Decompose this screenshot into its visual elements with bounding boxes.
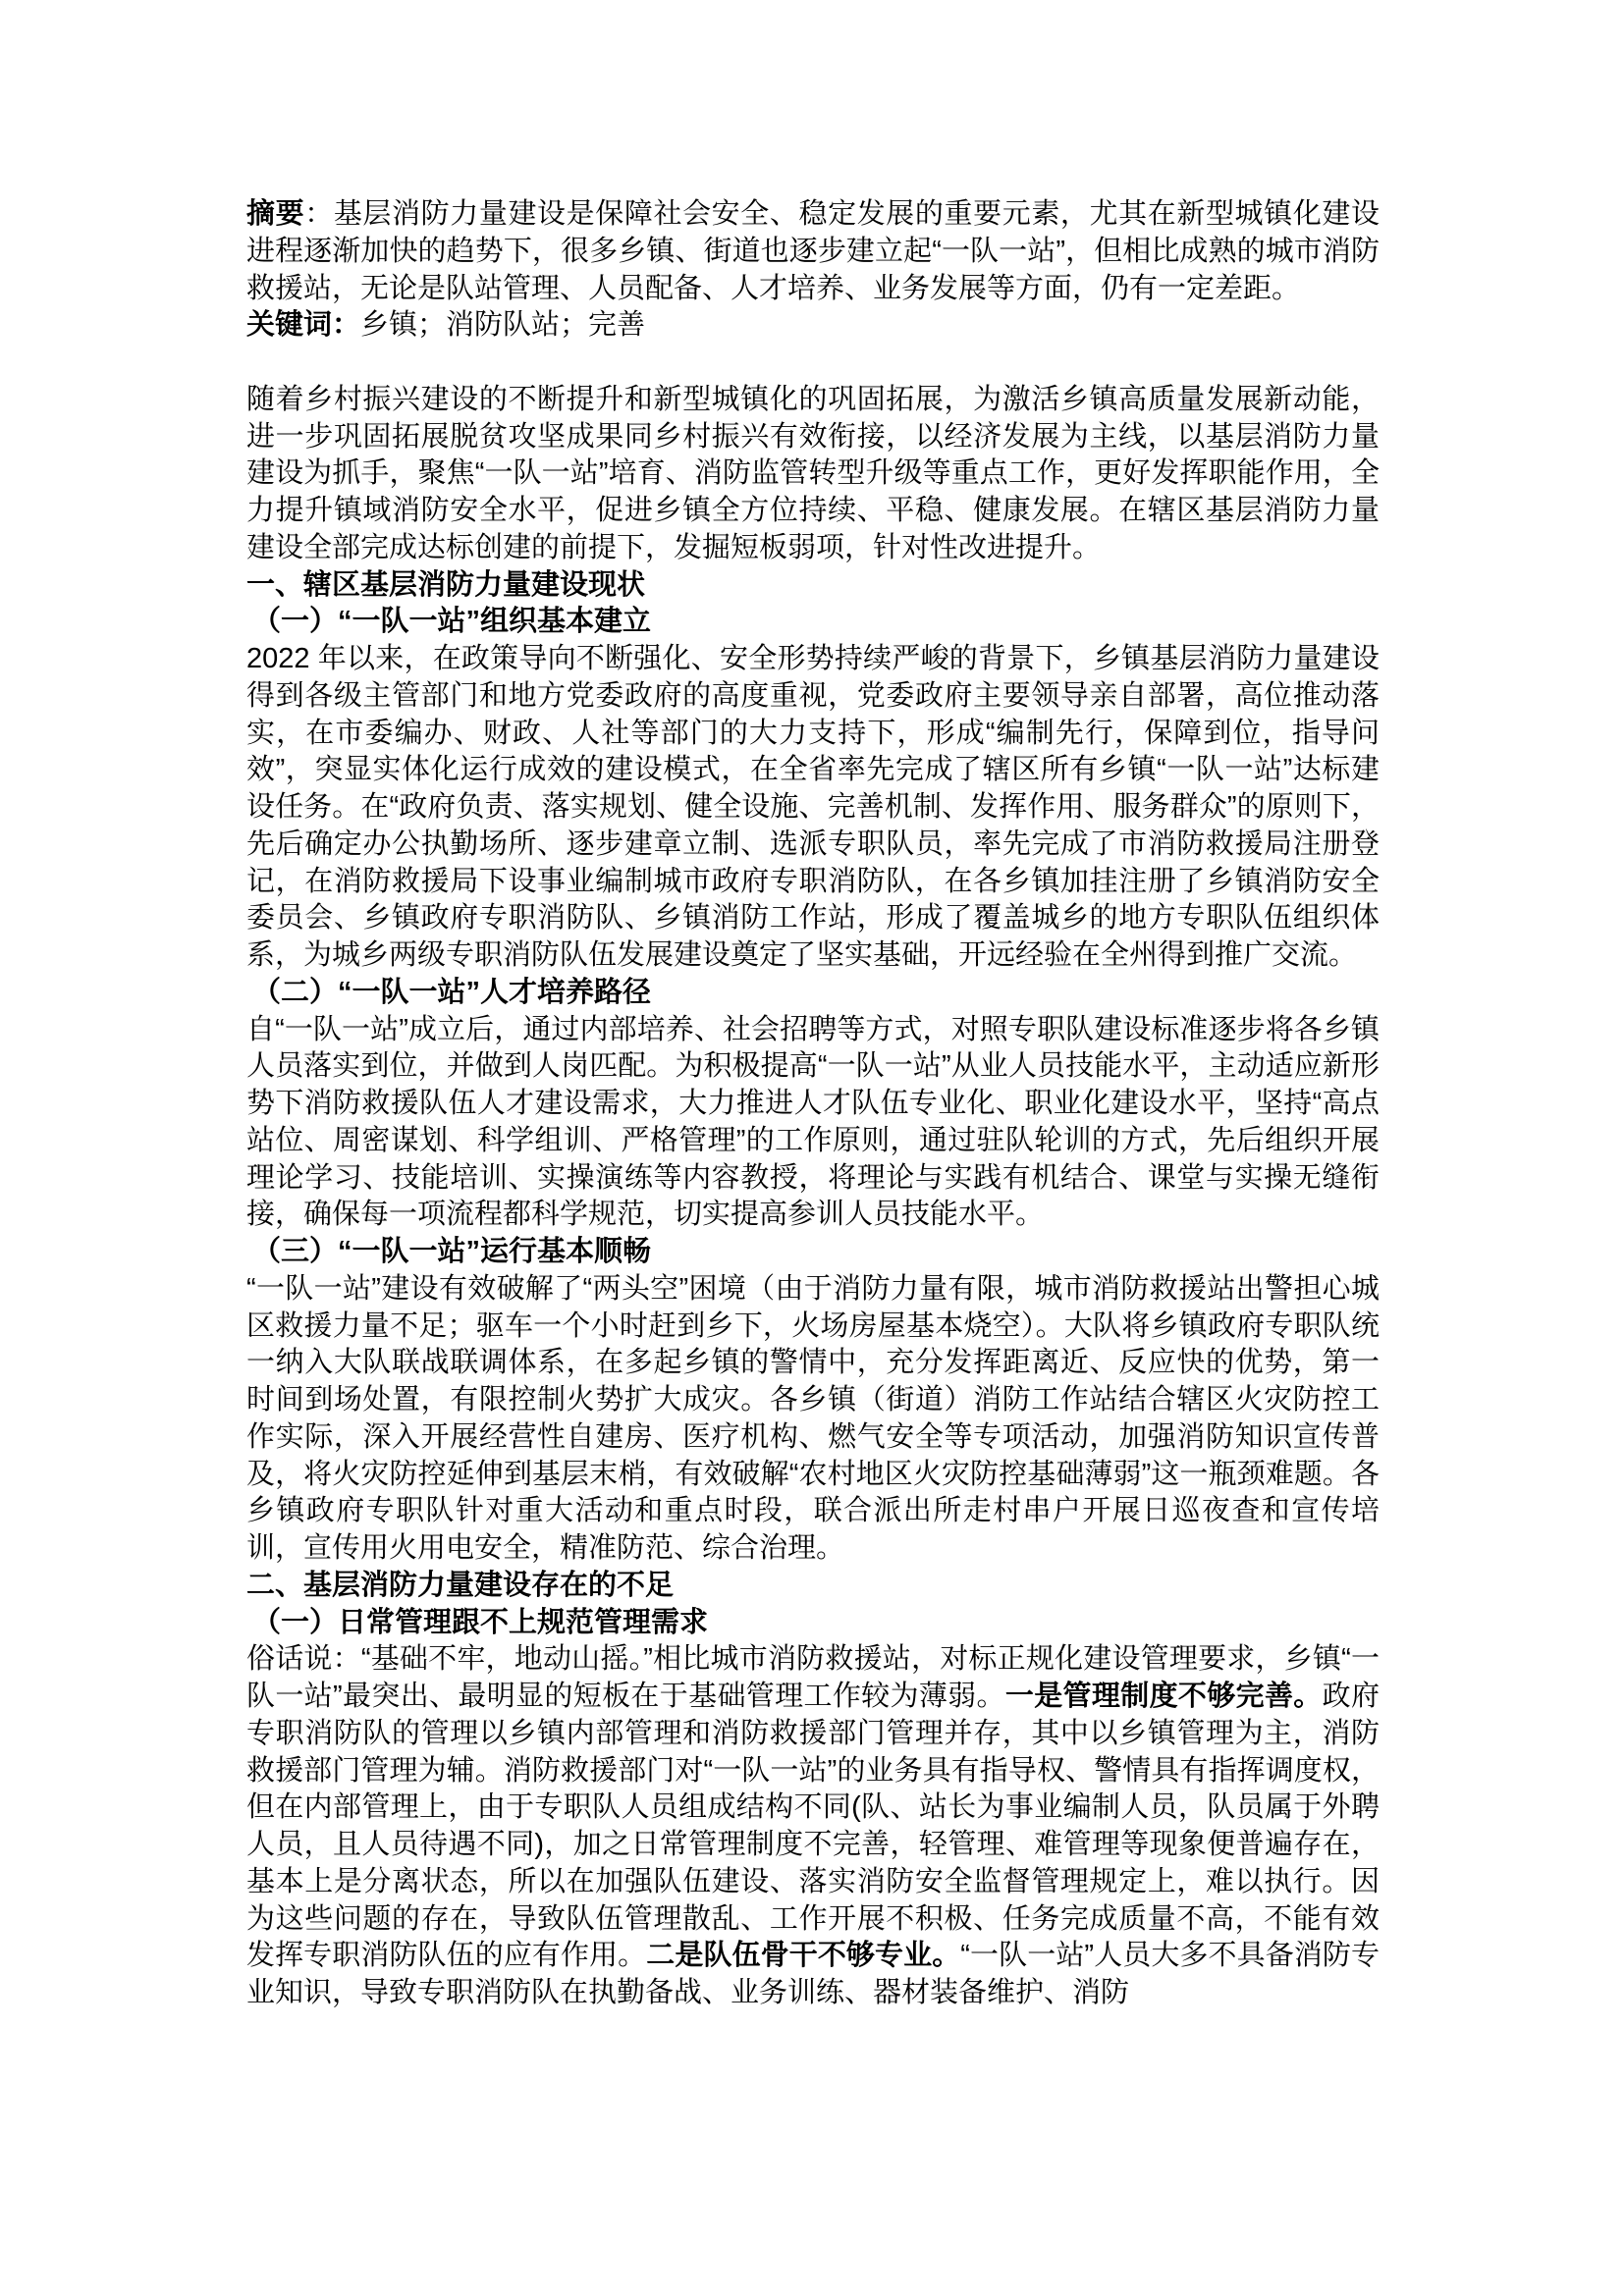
keywords-label: 关键词： (246, 309, 360, 341)
section-1-sub-3-heading: （三）“一队一站”运行基本顺畅 (246, 1234, 1380, 1271)
section-1-sub-1-heading: （一）“一队一站”组织基本建立 (246, 604, 1380, 641)
section-2-heading: 二、基层消防力量建设存在的不足 (246, 1568, 1380, 1605)
keywords-text: 乡镇；消防队站；完善 (360, 309, 645, 341)
abstract-text: 基层消防力量建设是保障社会安全、稳定发展的重要元素，尤其在新型城镇化建设进程逐渐… (246, 198, 1380, 304)
abstract-paragraph: 摘要：基层消防力量建设是保障社会安全、稳定发展的重要元素，尤其在新型城镇化建设进… (246, 196, 1380, 307)
section-2-sub-1-paragraph: 俗话说：“基础不牢，地动山摇。”相比城市消防救援站，对标正规化建设管理要求，乡镇… (246, 1641, 1380, 2012)
section-1-sub-1-paragraph: 2022 年以来，在政策导向不断强化、安全形势持续严峻的背景下，乡镇基层消防力量… (246, 641, 1380, 975)
section-1-sub-2-heading: （二）“一队一站”人才培养路径 (246, 975, 1380, 1012)
point-1-bold-phrase: 一是管理制度不够完善。 (1005, 1681, 1323, 1712)
section-1-heading: 一、辖区基层消防力量建设现状 (246, 567, 1380, 605)
section-2-sub-1-heading: （一）日常管理跟不上规范管理需求 (246, 1605, 1380, 1642)
document-page: 摘要：基层消防力量建设是保障社会安全、稳定发展的重要元素，尤其在新型城镇化建设进… (0, 0, 1624, 2296)
section-1-sub-3-paragraph: “一队一站”建设有效破解了“两头空”困境（由于消防力量有限，城市消防救援站出警担… (246, 1271, 1380, 1568)
abstract-colon: ： (304, 198, 334, 230)
point-2-bold-phrase: 二是队伍骨干不够专业。 (646, 1940, 960, 1971)
section-1-sub-2-paragraph: 自“一队一站”成立后，通过内部培养、社会招聘等方式，对照专职队建设标准逐步将各乡… (246, 1012, 1380, 1235)
keywords-paragraph: 关键词：乡镇；消防队站；完善 (246, 307, 1380, 345)
management-detail-text: 政府专职消防队的管理以乡镇内部管理和消防救援部门管理并存，其中以乡镇管理为主，消… (246, 1681, 1380, 1971)
intro-paragraph: 随着乡村振兴建设的不断提升和新型城镇化的巩固拓展，为激活乡镇高质量发展新动能，进… (246, 382, 1380, 567)
abstract-label: 摘要 (246, 198, 304, 230)
